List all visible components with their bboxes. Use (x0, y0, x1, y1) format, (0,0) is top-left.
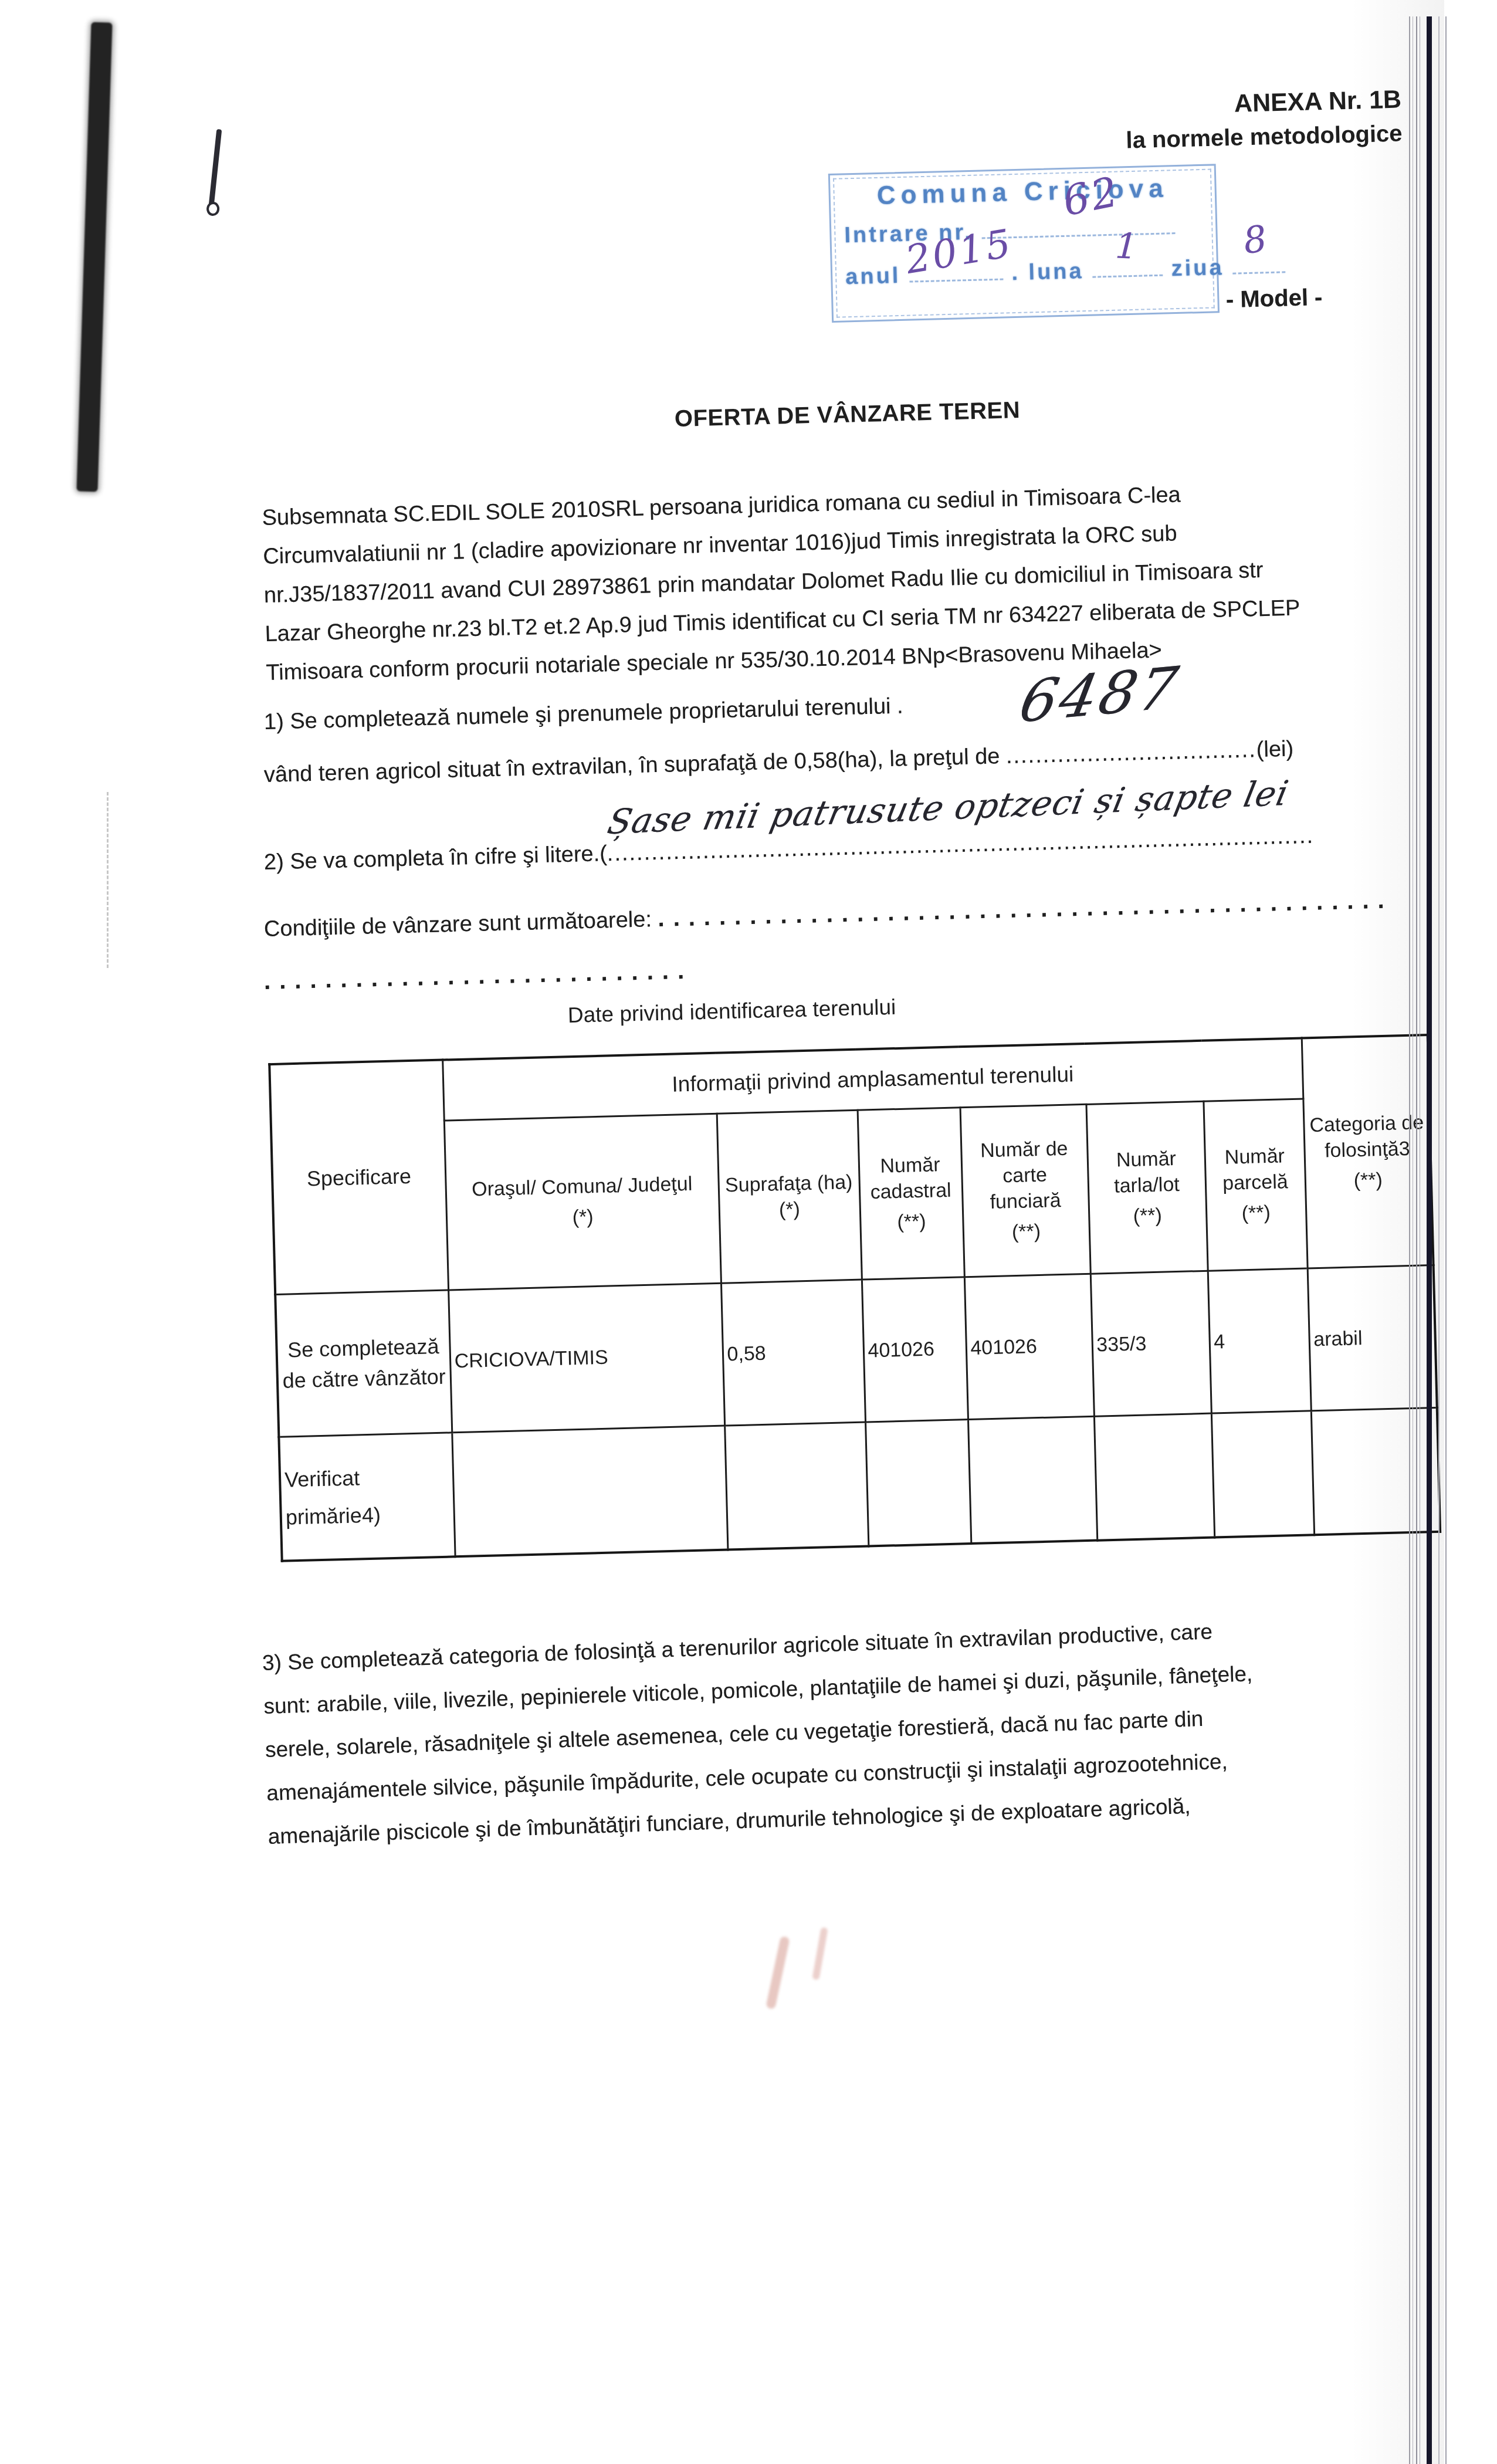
page-edge-line (1445, 16, 1447, 2464)
conditions-line: Condiţiile de vânzare sunt următoarele: … (263, 881, 1393, 949)
conditions-label: Condiţiile de vânzare sunt următoarele: (263, 907, 652, 942)
dots: ........................................… (658, 887, 1393, 932)
handwritten-entry-number: 62 (1059, 167, 1124, 226)
scan-artifact-dashed-line (107, 792, 109, 968)
land-table-wrap: Specificare Informaţii privind amplasame… (268, 1034, 1441, 1562)
scan-artifact-left-bar (76, 22, 112, 492)
pen-mark (208, 129, 222, 211)
registration-stamp: Comuna Criciova Intrare nr. 62 anul 2015… (828, 164, 1220, 323)
table-cell (452, 1426, 727, 1556)
scanned-document-page: ANEXA Nr. 1B la normele metodologice Com… (0, 0, 1497, 2464)
price-dotted-line: ..................................6487 (1005, 730, 1257, 776)
annex-header: ANEXA Nr. 1B la normele metodologice (997, 83, 1403, 161)
column-label: Suprafaţa (ha) (*) (725, 1171, 853, 1221)
table-cell-parcela: 4 (1208, 1268, 1311, 1413)
table-cell (968, 1416, 1097, 1544)
price-words-dotted-line: ........................................… (607, 817, 1315, 873)
page-edge-line (1420, 16, 1420, 2464)
document-title: OFERTA DE VÂNZARE TEREN (674, 397, 1020, 432)
lei-label: (lei) (1256, 737, 1293, 763)
page-edge-line (1427, 16, 1432, 2464)
model-label: - Model - (1225, 278, 1323, 319)
table-cell-carte-funciara: 401026 (964, 1274, 1094, 1419)
column-header-suprafata: Suprafaţa (ha) (*) (717, 1110, 862, 1283)
stamp-month-label: luna (1028, 259, 1084, 285)
column-label: Număr cadastral (870, 1153, 951, 1203)
table-cell (1094, 1413, 1214, 1540)
dots-line: ............................ (263, 952, 693, 1001)
column-note: (**) (864, 1207, 959, 1236)
column-header-carte-funciara: Număr de carte funciară (**) (960, 1104, 1090, 1277)
ink-smudge (812, 1927, 828, 1981)
price-text: vând teren agricol situat în extravilan,… (263, 744, 1000, 787)
column-note: (**) (1093, 1201, 1202, 1230)
note-2-line: 2) Se va completa în cifre şi litere.(..… (263, 817, 1315, 882)
table-cell (1211, 1411, 1314, 1538)
column-header-nr-cadastral: Număr cadastral (**) (858, 1108, 964, 1280)
stamp-day-label: ziua (1171, 255, 1224, 281)
dots: .................................. (1005, 737, 1256, 769)
row-label: Verificat primărie4) (279, 1433, 455, 1561)
column-label: Număr parcelă (1222, 1145, 1288, 1194)
table-cell-localitate: CRICIOVA/TIMIS (448, 1283, 724, 1433)
page-edge-line (1416, 16, 1417, 2464)
column-label: Număr de carte funciară (980, 1138, 1068, 1213)
handwritten-day: 8 (1241, 216, 1272, 262)
land-identification-table: Specificare Informaţii privind amplasame… (268, 1034, 1441, 1562)
table-cell-suprafata: 0,58 (721, 1280, 865, 1426)
column-header-specificare: Specificare (269, 1060, 448, 1295)
handwritten-price: 6487 (1017, 668, 1183, 722)
table-cell (724, 1422, 868, 1550)
note-2-text: 2) Se va completa în cifre şi litere.( (263, 841, 607, 875)
stamp-year-line: 2015 (909, 259, 1003, 283)
column-note: (**) (1210, 1199, 1302, 1227)
column-label: Oraşul/ Comuna/ Judeţul (472, 1173, 693, 1201)
column-label: Număr tarla/lot (1114, 1148, 1180, 1197)
table-cell-tarla: 335/3 (1090, 1271, 1211, 1416)
page-edge-line (1409, 16, 1410, 2464)
page-edge-line (1438, 16, 1440, 2464)
column-note: (**) (967, 1217, 1085, 1246)
column-header-tarla: Număr tarla/lot (**) (1086, 1101, 1207, 1274)
stamp-day-line: 8 (1232, 251, 1286, 274)
table-cell (865, 1420, 971, 1546)
stamp-month-line: 1 (1092, 255, 1163, 278)
table-caption: Date privind identificarea terenului (567, 995, 896, 1028)
stamp-year-label: anul (845, 263, 901, 289)
note-1-line: 1) Se completează numele şi prenumele pr… (263, 686, 903, 742)
page-edge-line (1413, 16, 1413, 2464)
handwritten-month: 1 (1115, 225, 1141, 268)
table-row-seller: Se completează de către vânzător CRICIOV… (275, 1265, 1437, 1437)
column-header-parcela: Număr parcelă (**) (1203, 1099, 1307, 1271)
footnote-3-paragraph: 3) Se completează categoria de folosinţă… (262, 1609, 1258, 1859)
ink-smudge (766, 1936, 790, 2010)
row-label: Se completează de către vânzător (275, 1290, 452, 1437)
column-note: (*) (451, 1201, 715, 1233)
table-cell-nr-cadastral: 401026 (862, 1277, 968, 1422)
column-header-localitate: Oraşul/ Comuna/ Judeţul (*) (444, 1113, 721, 1290)
